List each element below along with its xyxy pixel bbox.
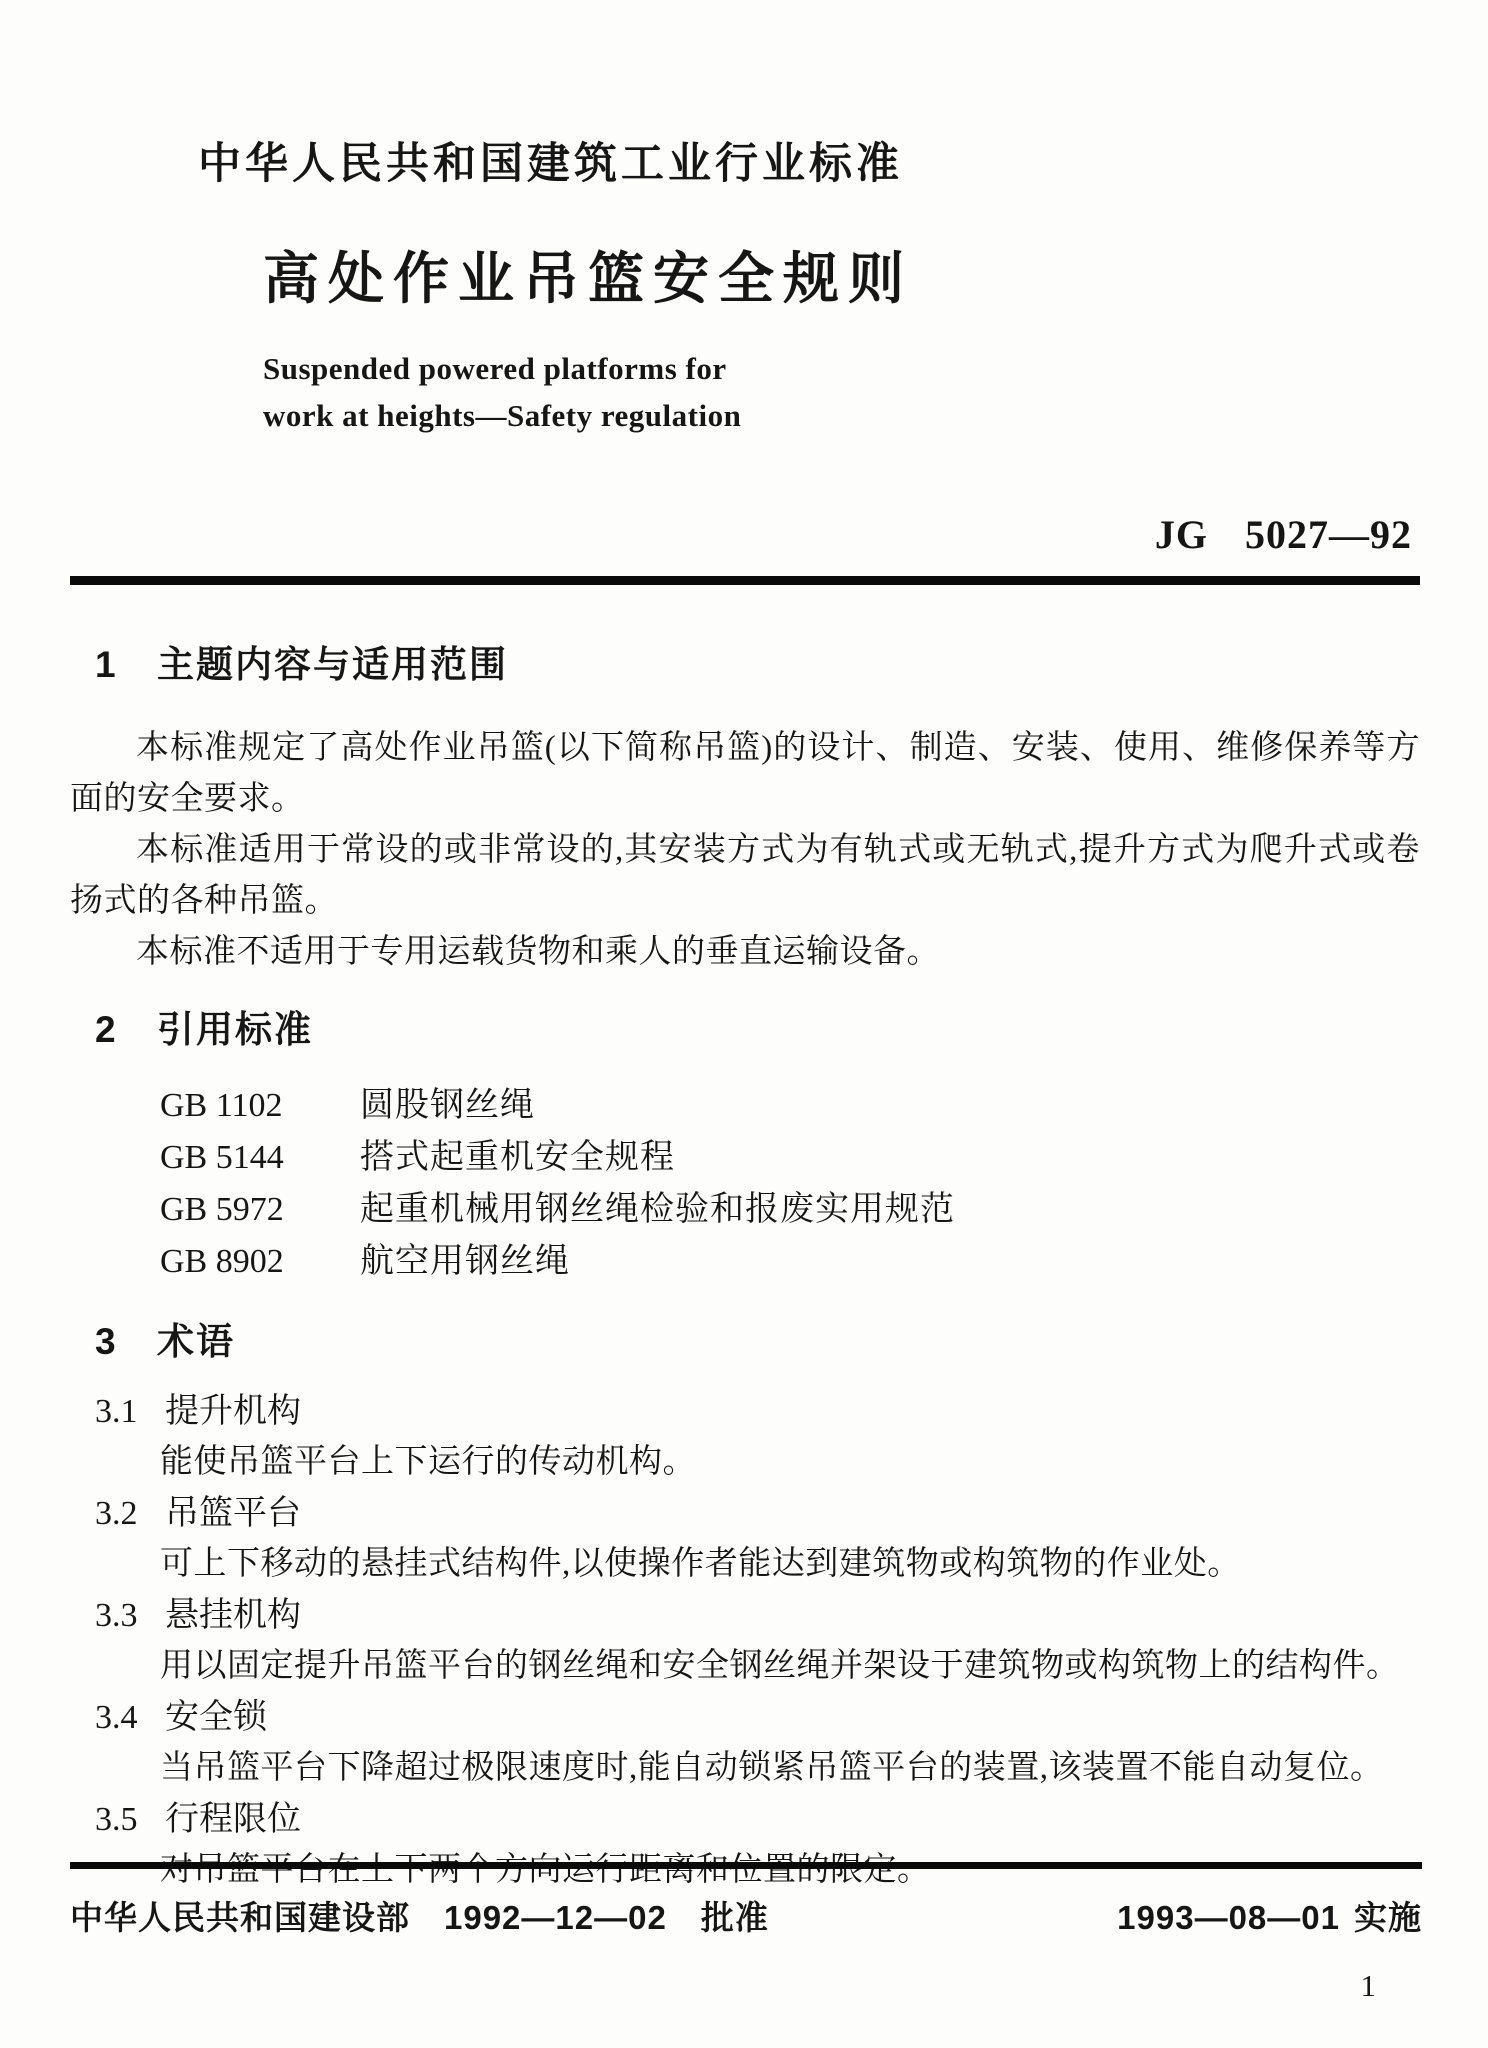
section-terms: 3术语 3.1提升机构 能使吊篮平台上下运行的传动机构。 3.2吊篮平台 可上下… <box>70 1318 1420 1896</box>
reference-row: GB 8902 航空用钢丝绳 <box>160 1236 1420 1288</box>
term-name: 提升机构 <box>165 1393 301 1430</box>
term-head: 3.2吊篮平台 <box>95 1488 1420 1539</box>
reference-title: 起重机械用钢丝绳检验和报废实用规范 <box>360 1184 955 1236</box>
term-definition: 能使吊篮平台上下运行的传动机构。 <box>160 1437 1420 1488</box>
reference-code: GB 5144 <box>160 1132 360 1184</box>
page-content: 中华人民共和国建筑工业行业标准 高处作业吊篮安全规则 Suspended pow… <box>0 130 1488 1896</box>
reference-code: GB 8902 <box>160 1236 360 1288</box>
term-head: 3.1提升机构 <box>95 1386 1420 1437</box>
section-number: 3 <box>95 1318 157 1366</box>
term-head: 3.5行程限位 <box>95 1794 1420 1845</box>
section-references: 2引用标准 GB 1102 圆股钢丝绳 GB 5144 搭式起重机安全规程 GB… <box>70 1006 1420 1288</box>
doc-header: 中华人民共和国建筑工业行业标准 高处作业吊篮安全规则 Suspended pow… <box>70 130 1420 585</box>
header-rule <box>70 576 1420 585</box>
term-name: 悬挂机构 <box>165 1597 301 1634</box>
footer-approval-label: 批准 <box>701 1899 769 1936</box>
standard-code: JG 5027—92 <box>70 511 1420 558</box>
reference-row: GB 1102 圆股钢丝绳 <box>160 1080 1420 1132</box>
term-number: 3.5 <box>95 1794 165 1845</box>
term-number: 3.2 <box>95 1488 165 1539</box>
section-number: 1 <box>95 641 157 689</box>
reference-code: GB 1102 <box>160 1080 360 1132</box>
standard-class-label: 中华人民共和国建筑工业行业标准 <box>198 130 1420 191</box>
scope-paragraph-3: 本标准不适用于专用运载货物和乘人的垂直运输设备。 <box>70 927 1420 978</box>
reference-row: GB 5144 搭式起重机安全规程 <box>160 1132 1420 1184</box>
term-number: 3.3 <box>95 1590 165 1641</box>
footer-rule <box>70 1862 1422 1869</box>
scope-paragraphs: 本标准规定了高处作业吊篮(以下简称吊篮)的设计、制造、安装、使用、维修保养等方面… <box>70 723 1420 978</box>
reference-title: 搭式起重机安全规程 <box>360 1132 675 1184</box>
doc-title-en: Suspended powered platforms for work at … <box>263 345 1420 439</box>
section-number: 2 <box>95 1006 157 1054</box>
term-block: 3.5行程限位 对吊篮平台在上下两个方向运行距离和位置的限定。 <box>70 1794 1420 1896</box>
reference-row: GB 5972 起重机械用钢丝绳检验和报废实用规范 <box>160 1184 1420 1236</box>
reference-code: GB 5972 <box>160 1184 360 1236</box>
document-page: 中华人民共和国建筑工业行业标准 高处作业吊篮安全规则 Suspended pow… <box>0 0 1488 2048</box>
section-scope-heading: 1主题内容与适用范围 <box>95 641 1420 689</box>
footer-issuer: 中华人民共和国建设部 <box>70 1899 410 1936</box>
term-number: 3.1 <box>95 1386 165 1437</box>
term-list: 3.1提升机构 能使吊篮平台上下运行的传动机构。 3.2吊篮平台 可上下移动的悬… <box>70 1386 1420 1896</box>
term-block: 3.1提升机构 能使吊篮平台上下运行的传动机构。 <box>70 1386 1420 1488</box>
term-definition: 对吊篮平台在上下两个方向运行距离和位置的限定。 <box>160 1845 1420 1896</box>
scope-paragraph-1: 本标准规定了高处作业吊篮(以下简称吊篮)的设计、制造、安装、使用、维修保养等方面… <box>70 723 1420 825</box>
term-name: 吊篮平台 <box>165 1495 301 1532</box>
footer-approval: 中华人民共和国建设部1992—12—02批准 <box>70 1892 769 1939</box>
footer-implementation: 1993—08—01实施 <box>1117 1892 1422 1939</box>
reference-list: GB 1102 圆股钢丝绳 GB 5144 搭式起重机安全规程 GB 5972 … <box>70 1080 1420 1288</box>
section-title: 主题内容与适用范围 <box>157 644 508 685</box>
section-references-heading: 2引用标准 <box>95 1006 1420 1054</box>
term-number: 3.4 <box>95 1692 165 1743</box>
section-scope: 1主题内容与适用范围 本标准规定了高处作业吊篮(以下简称吊篮)的设计、制造、安装… <box>70 641 1420 978</box>
section-terms-heading: 3术语 <box>95 1318 1420 1366</box>
reference-title: 航空用钢丝绳 <box>360 1236 570 1288</box>
term-block: 3.3悬挂机构 用以固定提升吊篮平台的钢丝绳和安全钢丝绳并架设于建筑物或构筑物上… <box>70 1590 1420 1692</box>
doc-title-en-line1: Suspended powered platforms for <box>263 345 1420 392</box>
term-name: 安全锁 <box>165 1699 267 1736</box>
scope-paragraph-2: 本标准适用于常设的或非常设的,其安装方式为有轨式或无轨式,提升方式为爬升式或卷扬… <box>70 825 1420 927</box>
term-head: 3.4安全锁 <box>95 1692 1420 1743</box>
reference-title: 圆股钢丝绳 <box>360 1080 535 1132</box>
term-definition: 可上下移动的悬挂式结构件,以使操作者能达到建筑物或构筑物的作业处。 <box>160 1539 1420 1590</box>
term-block: 3.2吊篮平台 可上下移动的悬挂式结构件,以使操作者能达到建筑物或构筑物的作业处… <box>70 1488 1420 1590</box>
term-block: 3.4安全锁 当吊篮平台下降超过极限速度时,能自动锁紧吊篮平台的装置,该装置不能… <box>70 1692 1420 1794</box>
footer-approval-date: 1992—12—02 <box>444 1899 667 1936</box>
term-definition: 用以固定提升吊篮平台的钢丝绳和安全钢丝绳并架设于建筑物或构筑物上的结构件。 <box>160 1641 1420 1692</box>
term-definition: 当吊篮平台下降超过极限速度时,能自动锁紧吊篮平台的装置,该装置不能自动复位。 <box>160 1743 1420 1794</box>
doc-footer: 中华人民共和国建设部1992—12—02批准 1993—08—01实施 <box>70 1892 1422 1939</box>
footer-implementation-label: 实施 <box>1354 1899 1422 1936</box>
section-title: 术语 <box>157 1321 235 1362</box>
footer-implementation-date: 1993—08—01 <box>1117 1899 1340 1936</box>
page-number: 1 <box>1361 1968 1377 2004</box>
section-title: 引用标准 <box>157 1009 313 1050</box>
doc-title-cn: 高处作业吊篮安全规则 <box>263 235 1420 315</box>
doc-title-en-line2: work at heights—Safety regulation <box>263 392 1420 439</box>
term-head: 3.3悬挂机构 <box>95 1590 1420 1641</box>
term-name: 行程限位 <box>165 1801 301 1838</box>
